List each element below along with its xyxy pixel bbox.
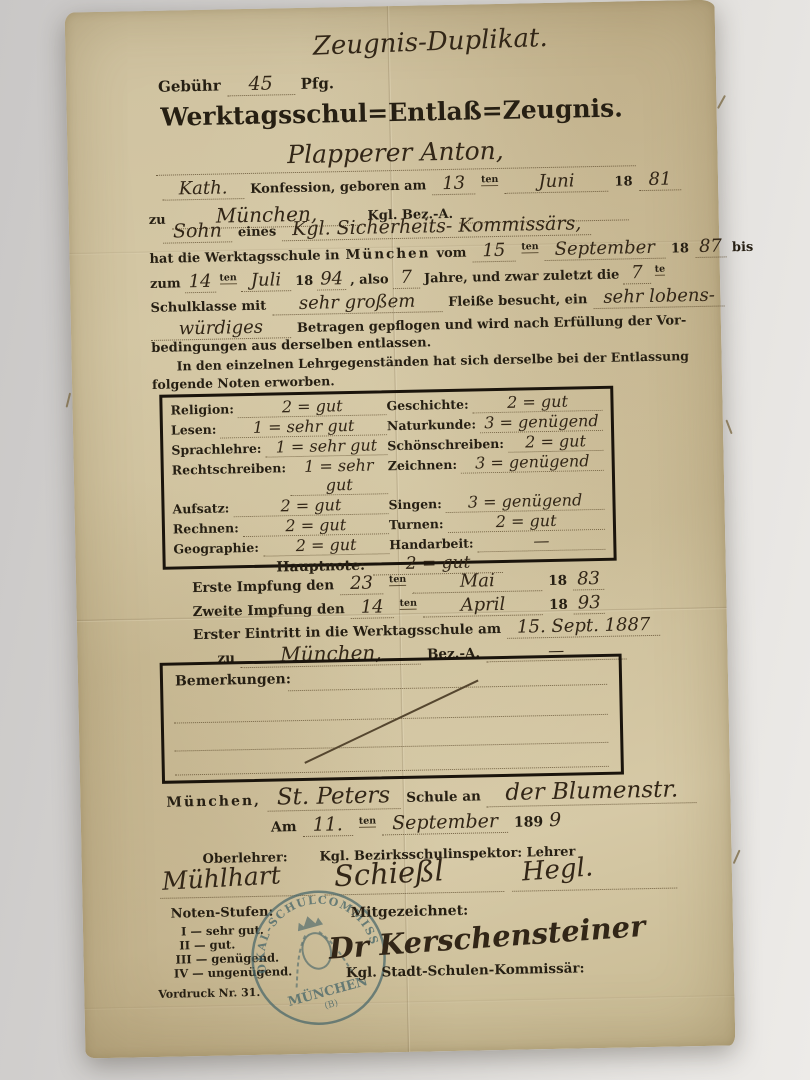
duplicate-annotation-text: Zeugnis-Duplikat. <box>312 23 548 62</box>
stamp-laurel-left <box>284 935 318 987</box>
grade-label: Rechnen: <box>173 520 239 536</box>
grade-label: Schönschreiben: <box>387 436 504 453</box>
remarks-box: Bemerkungen: <box>160 654 624 784</box>
school-name: St. Peters <box>267 782 401 812</box>
school-entry-date: 15. Sept. 1887 <box>507 614 661 639</box>
attendance-to-year: 94 <box>317 268 346 291</box>
issue-city-label: München, <box>166 793 261 811</box>
paper-fiber <box>66 393 72 408</box>
confession-label: Konfession, geboren am <box>250 178 426 197</box>
paper-fiber <box>733 850 741 865</box>
confession-value: Kath. <box>162 177 244 201</box>
conduct-value-1: sehr lobens- <box>593 284 725 309</box>
document-title-text: Werktagsschul=Entlaß=Zeugnis. <box>160 93 623 131</box>
attendance-text: Fleiße besucht, ein <box>448 292 588 310</box>
grade-label: Aufsatz: <box>172 500 229 516</box>
birth-month: Juni <box>504 170 608 194</box>
fee-label: Gebühr <box>158 77 221 96</box>
attendance-from-month: September <box>544 237 665 261</box>
grades-table: Religion:2 = gut Geschichte:2 = gut Lese… <box>159 386 616 570</box>
day-suffix: ten <box>399 598 417 610</box>
first-vaccination-month: Mai <box>412 569 542 594</box>
issue-year: 9 <box>549 809 562 831</box>
pupil-name-line: Plapperer Anton, <box>155 133 636 176</box>
attendance-text: Jahre, und zwar zuletzt die <box>424 268 620 287</box>
diligence-value: sehr großem <box>272 290 442 315</box>
school-printed-label: Schule an <box>406 788 481 805</box>
second-vaccination-year: 93 <box>574 592 605 615</box>
grade-label: Sprachlehre: <box>171 441 261 458</box>
attendance-from-day: 15 <box>472 240 515 263</box>
kommissar-label: Kgl. Stadt-Schulen-Kommissär: <box>346 960 585 981</box>
attendance-text: Schulklasse mit <box>150 299 266 316</box>
photo-background: Zeugnis-Duplikat. Gebühr 45 Pfg. Werktag… <box>0 0 810 1080</box>
school-street: der Blumenstr. <box>487 776 697 807</box>
grade-label: Rechtschreiben: <box>172 460 287 477</box>
mitgezeichnet-label: Mitgezeichnet: <box>351 903 469 921</box>
duplicate-annotation: Zeugnis-Duplikat. <box>280 22 581 63</box>
birth-year: 81 <box>638 168 681 191</box>
remarks-strikethrough <box>304 680 478 764</box>
grade-value: — <box>477 530 605 553</box>
grade-value: 2 = gut <box>263 534 390 557</box>
grades-intro-text: folgende Noten erworben. <box>152 373 335 392</box>
day-suffix: ten <box>359 816 377 828</box>
year-printed: 189 <box>514 814 544 831</box>
attendance-text: bis <box>732 240 754 255</box>
fee-line: Gebühr 45 Pfg. <box>158 71 334 98</box>
year-printed: 18 <box>295 274 313 289</box>
grade-label: Geschichte: <box>386 397 468 414</box>
first-vaccination-year: 83 <box>573 568 604 591</box>
grade-value: 1 = sehr gut <box>290 455 389 496</box>
grade-label: Zeichnen: <box>388 457 458 473</box>
attendance-text: vom <box>436 246 466 262</box>
grade-value: 2 = gut <box>472 391 602 414</box>
am-label: Am <box>271 819 297 836</box>
oberlehrer-signature: Mühlhart <box>161 860 281 895</box>
year-printed: 18 <box>549 597 568 613</box>
attendance-city: München <box>345 245 430 263</box>
pupil-name: Plapperer Anton, <box>287 136 504 169</box>
attendance-to-day: 14 <box>184 271 215 294</box>
paper-fiber <box>717 95 726 109</box>
second-vaccination-month: April <box>423 593 543 617</box>
certificate-paper: Zeugnis-Duplikat. Gebühr 45 Pfg. Werktag… <box>65 0 736 1058</box>
year-printed: 18 <box>671 241 689 256</box>
day-suffix: ten <box>389 574 407 586</box>
grade-label: Naturkunde: <box>387 416 476 433</box>
fee-value: 45 <box>226 72 294 96</box>
conduct-value-2: würdiges <box>151 316 291 341</box>
grading-scale-item: II — gut. <box>179 937 235 952</box>
years-count: 7 <box>392 267 420 290</box>
grade-value: 3 = genügend <box>480 411 603 433</box>
day-suffix: ten <box>219 272 237 284</box>
attendance-text: , also <box>350 272 389 288</box>
remarks-rule <box>175 765 609 776</box>
second-vaccination-label: Zweite Impfung den <box>192 601 344 620</box>
year-printed: 18 <box>548 573 567 589</box>
attendance-text: hat die Werktagsschule in <box>149 248 339 267</box>
birth-year-printed: 18 <box>614 174 632 189</box>
remarks-rule <box>288 683 607 691</box>
attendance-from-year: 87 <box>695 235 726 258</box>
sohn-value: Sohn <box>163 219 232 243</box>
sohn-printed: eines <box>238 224 277 240</box>
issue-month: September <box>382 810 508 836</box>
lehrer-signature: Hegl. <box>521 852 594 887</box>
first-vaccination-day: 23 <box>340 572 383 595</box>
birth-day-suffix: ten <box>481 174 499 186</box>
stamp-crown <box>295 913 323 931</box>
second-vaccination-day: 14 <box>351 596 394 619</box>
issue-date-line: Am 11. ten September 189 9 <box>271 809 562 838</box>
grade-label: Handarbeit: <box>389 536 474 553</box>
first-vaccination-label: Erste Impfung den <box>192 577 334 596</box>
class-number: 7 <box>623 262 651 285</box>
attendance-to-month: Juli <box>241 269 292 292</box>
grade-label: Lesen: <box>171 422 217 438</box>
grade-value: 3 = genügend <box>461 451 604 474</box>
signature-rule <box>512 887 677 892</box>
birth-day: 13 <box>432 172 475 195</box>
class-suffix: te <box>655 264 666 276</box>
issue-day: 11. <box>302 813 353 837</box>
grade-label: Geographie: <box>173 540 259 557</box>
grade-label: Turnen: <box>389 516 444 532</box>
attendance-text: Betragen gepflogen und wird nach Erfüllu… <box>297 313 687 336</box>
grade-value: 2 = gut <box>508 431 604 453</box>
remarks-rule <box>174 741 608 752</box>
attendance-text: zum <box>150 276 181 292</box>
grades-intro-2: folgende Noten erworben. <box>152 373 335 392</box>
fee-unit: Pfg. <box>300 74 334 93</box>
paper-fiber <box>725 420 732 435</box>
father-value: Kgl. Sicherheits- Kommissärs, <box>282 212 592 241</box>
day-suffix: ten <box>521 241 539 253</box>
grade-value: 1 = sehr gut <box>265 435 387 457</box>
grade-label: Singen: <box>388 496 442 512</box>
remarks-label: Bemerkungen: <box>175 671 291 689</box>
form-number: Vordruck Nr. 31. <box>158 986 260 1001</box>
grade-label: Religion: <box>170 401 234 417</box>
